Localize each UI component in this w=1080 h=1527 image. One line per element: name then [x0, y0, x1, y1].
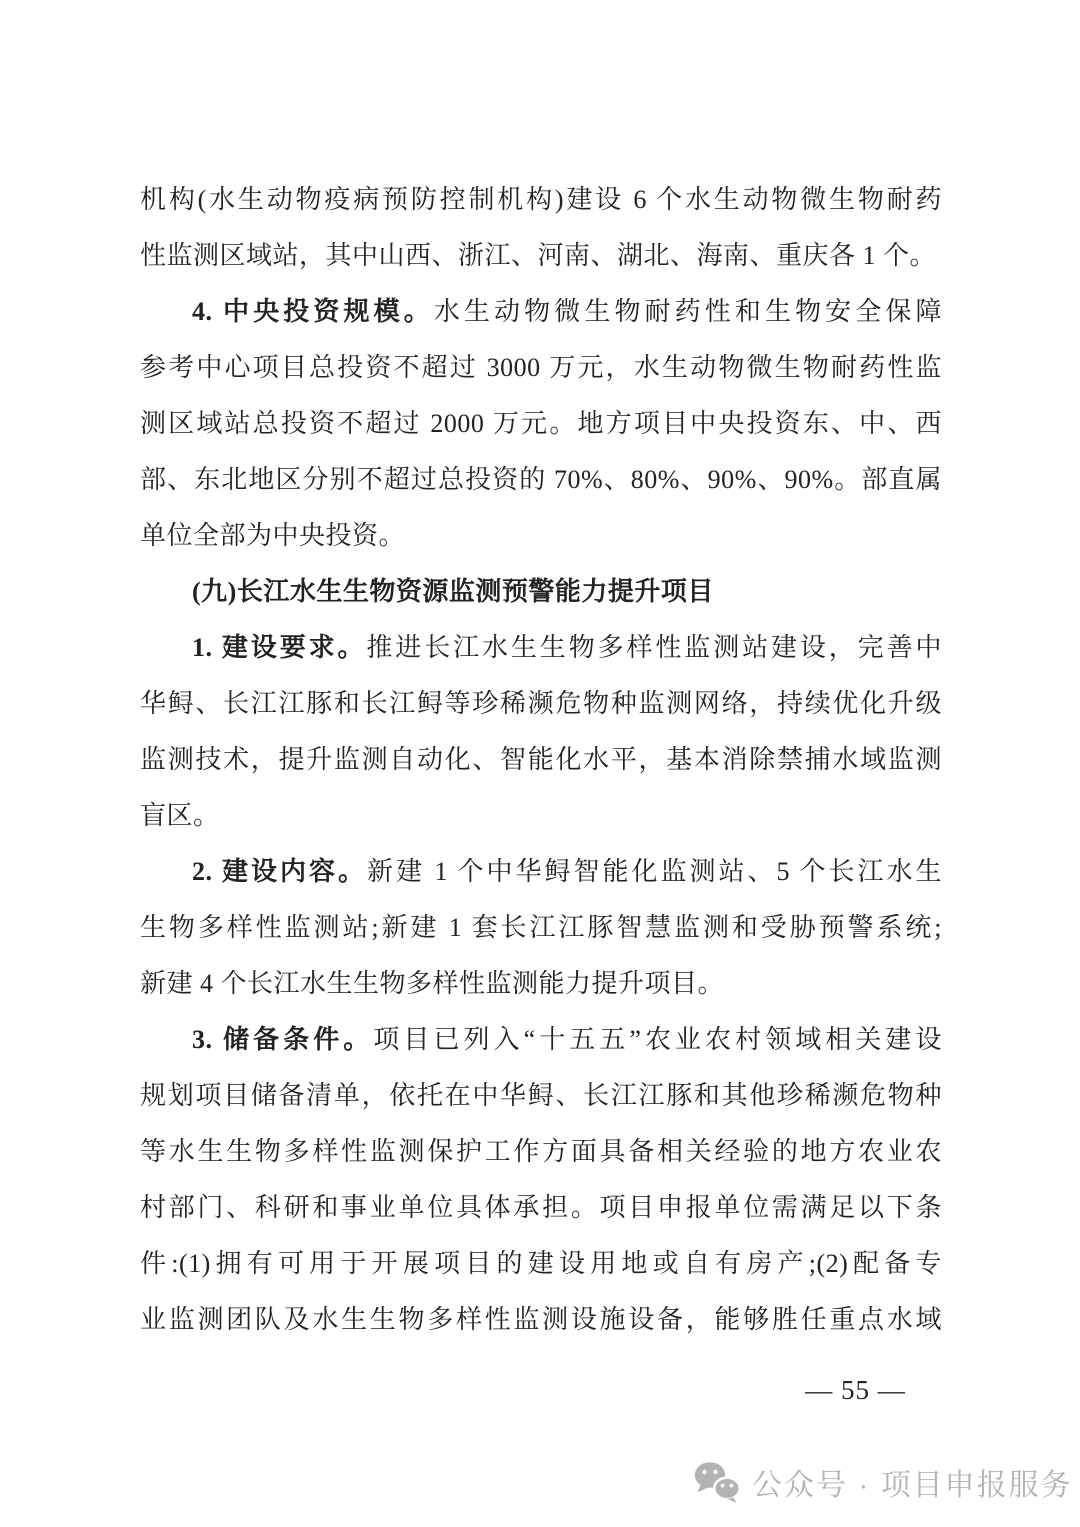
text-line: 生物多样性监测站;新建 1 套长江江豚智慧监测和受胁预警系统;	[140, 900, 942, 956]
wechat-icon	[694, 1461, 742, 1503]
text-line: 部、东北地区分别不超过总投资的 70%、80%、90%、90%。部直属	[140, 452, 942, 508]
text-line: 机构(水生动物疫病预防控制机构)建设 6 个水生动物微生物耐药	[140, 172, 942, 228]
page-number: — 55 —	[788, 1362, 923, 1418]
text-line: 参考中心项目总投资不超过 3000 万元，水生动物微生物耐药性监	[140, 340, 942, 396]
section-heading: (九)长江水生生物资源监测预警能力提升项目	[140, 564, 942, 620]
text-line: 测区域站总投资不超过 2000 万元。地方项目中央投资东、中、西	[140, 396, 942, 452]
text-line: 2. 建设内容。新建 1 个中华鲟智能化监测站、5 个长江水生	[140, 844, 942, 900]
paragraph-lead: 4. 中央投资规模。	[192, 297, 434, 326]
text-line: 单位全部为中央投资。	[140, 508, 942, 564]
text-line: 件:(1)拥有可用于开展项目的建设用地或自有房产;(2)配备专	[140, 1236, 942, 1292]
watermark-brand: 项目申报服务	[881, 1469, 1073, 1502]
text-line: 3. 储备条件。项目已列入“十五五”农业农村领域相关建设	[140, 1012, 942, 1068]
document-body: 机构(水生动物疫病预防控制机构)建设 6 个水生动物微生物耐药性监测区域站，其中…	[140, 172, 942, 1348]
paragraph-lead: (九)长江水生生物资源监测预警能力提升项目	[192, 577, 714, 606]
text-line: 业监测团队及水生生物多样性监测设施设备，能够胜任重点水域	[140, 1292, 942, 1348]
paragraph-lead: 2. 建设内容。	[192, 857, 367, 886]
text-line: 等水生生物多样性监测保护工作方面具备相关经验的地方农业农	[140, 1124, 942, 1180]
text-line: 4. 中央投资规模。水生动物微生物耐药性和生物安全保障	[140, 284, 942, 340]
text-line: 规划项目储备清单，依托在中华鲟、长江江豚和其他珍稀濒危物种	[140, 1068, 942, 1124]
text-line: 村部门、科研和事业单位具体承担。项目申报单位需满足以下条	[140, 1180, 942, 1236]
watermark-separator: ·	[858, 1469, 870, 1502]
watermark-prefix: 公众号	[752, 1469, 848, 1502]
document-page: 机构(水生动物疫病预防控制机构)建设 6 个水生动物微生物耐药性监测区域站，其中…	[0, 0, 1080, 1527]
text-line: 监测技术，提升监测自动化、智能化水平，基本消除禁捕水域监测	[140, 732, 942, 788]
paragraph-lead: 3. 储备条件。	[192, 1025, 373, 1054]
text-line: 新建 4 个长江水生生物多样性监测能力提升项目。	[140, 956, 942, 1012]
text-line: 盲区。	[140, 788, 942, 844]
watermark-text: 公众号 · 项目申报服务	[752, 1460, 1073, 1504]
paragraph-lead: 1. 建设要求。	[192, 633, 366, 662]
text-line: 1. 建设要求。推进长江水生生物多样性监测站建设，完善中	[140, 620, 942, 676]
watermark-footer: 公众号 · 项目申报服务	[694, 1458, 1073, 1506]
text-line: 性监测区域站，其中山西、浙江、河南、湖北、海南、重庆各 1 个。	[140, 228, 942, 284]
text-line: 华鲟、长江江豚和长江鲟等珍稀濒危物种监测网络，持续优化升级	[140, 676, 942, 732]
